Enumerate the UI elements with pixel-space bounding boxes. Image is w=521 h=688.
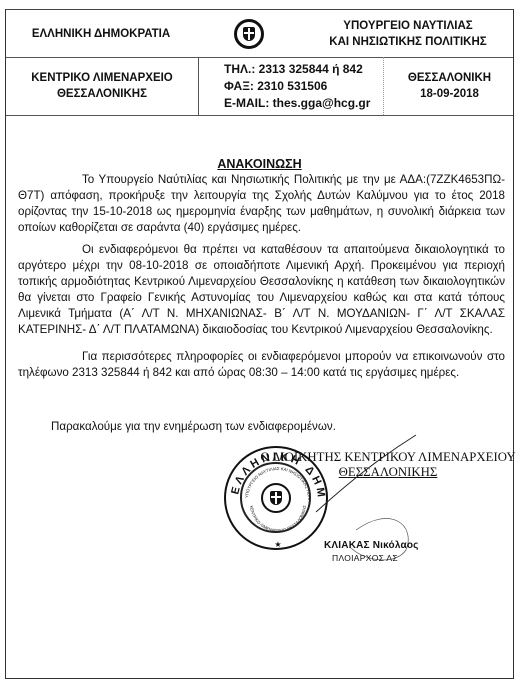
header-row-bottom: ΚΕΝΤΡΙΚΟ ΛΙΜΕΝΑΡΧΕΙΟ ΘΕΣΣΑΛΟΝΙΚΗΣ ΤΗΛ.: … xyxy=(6,57,513,116)
document-date: 18-09-2018 xyxy=(420,86,479,102)
document-title: ΑΝΑΚΟΙΝΩΣΗ xyxy=(6,157,513,171)
header-row-top: ΕΛΛΗΝΙΚΗ ΔΗΜΟΚΡΑΤΙΑ ΥΠΟΥΡΓΕΙΟ ΝΑΥΤΙΛΙΑΣ … xyxy=(6,10,513,58)
signer-rank: ΠΛΟΙΑΡΧΟΣ ΛΣ xyxy=(332,553,398,563)
document-page: ΕΛΛΗΝΙΚΗ ΔΗΜΟΚΡΑΤΙΑ ΥΠΟΥΡΓΕΙΟ ΝΑΥΤΙΛΙΑΣ … xyxy=(5,9,514,679)
ministry-line-2: ΚΑΙ ΝΗΣΙΩΤΙΚΗΣ ΠΟΛΙΤΙΚΗΣ xyxy=(329,34,486,50)
city: ΘΕΣΣΑΛΟΝΙΚΗ xyxy=(408,70,491,86)
paragraph-3: Για περισσότερες πληροφορίες οι ενδιαφερ… xyxy=(18,349,505,381)
email-address: E-MAIL: thes.gga@hcg.gr xyxy=(224,95,370,112)
ministry-name: ΥΠΟΥΡΓΕΙΟ ΝΑΥΤΙΛΙΑΣ ΚΑΙ ΝΗΣΙΩΤΙΚΗΣ ΠΟΛΙΤ… xyxy=(301,10,515,57)
closing-line: Παρακαλούμε για την ενημέρωση των ενδιαφ… xyxy=(51,420,336,433)
republic-label: ΕΛΛΗΝΙΚΗ ΔΗΜΟΚΡΑΤΙΑ xyxy=(6,10,196,57)
paragraph-1: Το Υπουργείο Ναύτιλίας και Νησιωτικής Πο… xyxy=(18,172,505,236)
authority-line-2: ΘΕΣΣΑΛΟΝΙΚΗΣ xyxy=(57,86,147,102)
phone-number: ΤΗΛ.: 2313 325844 ή 842 xyxy=(224,61,363,78)
signer-name: ΚΛΙΑΚΑΣ Νικόλαος xyxy=(324,540,419,551)
greek-coat-of-arms-icon xyxy=(234,19,264,49)
paragraph-2: Οι ενδιαφερόμενοι θα πρέπει να καταθέσου… xyxy=(18,242,505,338)
contact-info: ΤΗΛ.: 2313 325844 ή 842 ΦΑΞ: 2310 531506… xyxy=(198,57,384,115)
authority-line-1: ΚΕΝΤΡΙΚΟ ΛΙΜΕΝΑΡΧΕΙΟ xyxy=(31,70,173,86)
emblem-cell xyxy=(196,10,301,57)
authority-name: ΚΕΝΤΡΙΚΟ ΛΙΜΕΝΑΡΧΕΙΟ ΘΕΣΣΑΛΟΝΙΚΗΣ xyxy=(6,57,199,115)
svg-text:★: ★ xyxy=(274,540,281,549)
place-date: ΘΕΣΣΑΛΟΝΙΚΗ 18-09-2018 xyxy=(384,57,515,115)
ministry-line-1: ΥΠΟΥΡΓΕΙΟ ΝΑΥΤΙΛΙΑΣ xyxy=(343,18,472,34)
fax-number: ΦΑΞ: 2310 531506 xyxy=(224,78,327,95)
